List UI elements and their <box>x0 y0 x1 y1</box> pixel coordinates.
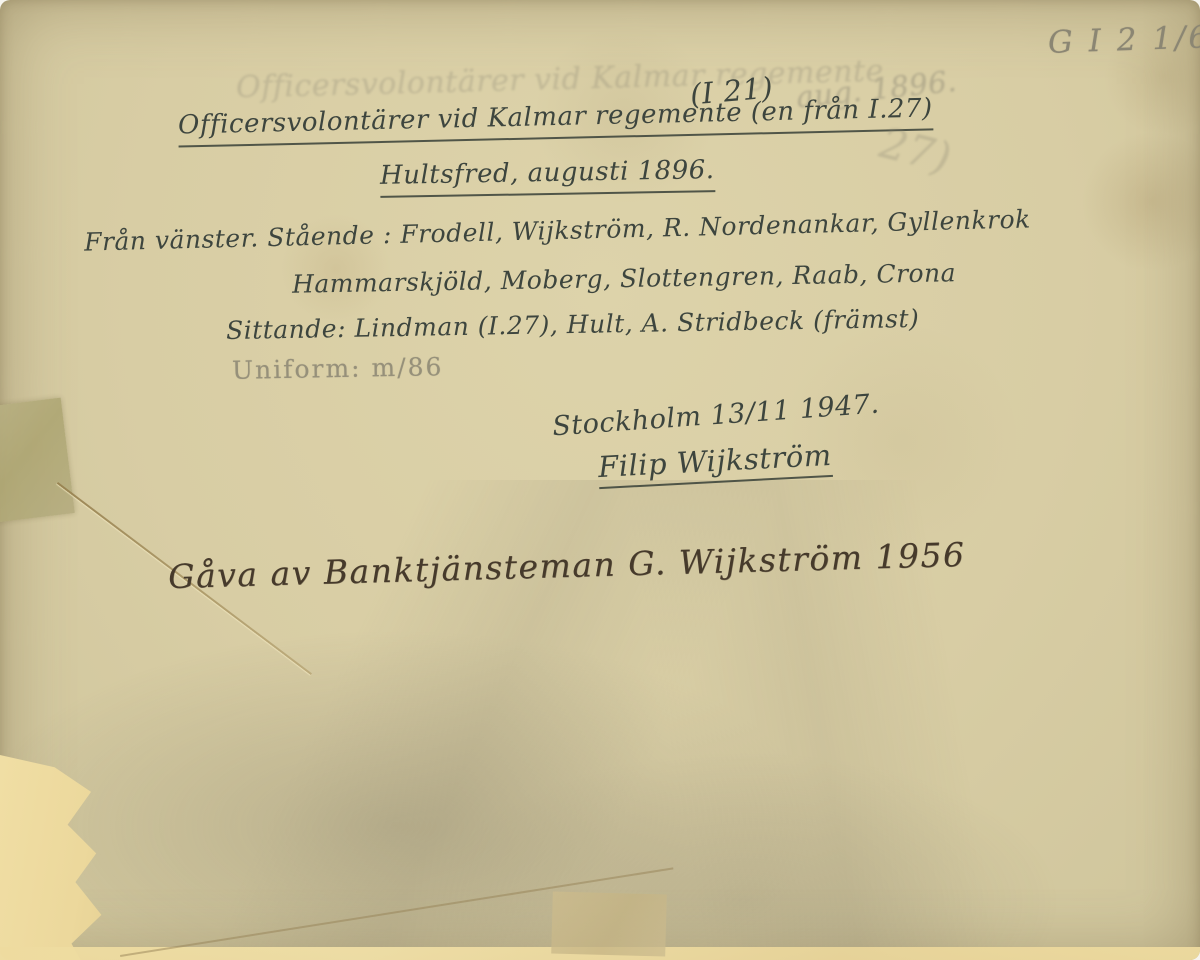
subtitle-text: Hultsfred, augusti 1896. <box>380 155 715 198</box>
uniform-note-pencil: Uniform: m/86 <box>232 352 444 385</box>
archive-code-pencil: G I 2 1/6 <box>1047 19 1200 61</box>
tape-residue-bottom <box>551 892 667 957</box>
scanned-photo-back: G I 2 1/6 Officersvolontärer vid Kalmar … <box>0 0 1200 960</box>
subtitle-line: Hultsfred, augusti 1896. <box>380 155 715 191</box>
